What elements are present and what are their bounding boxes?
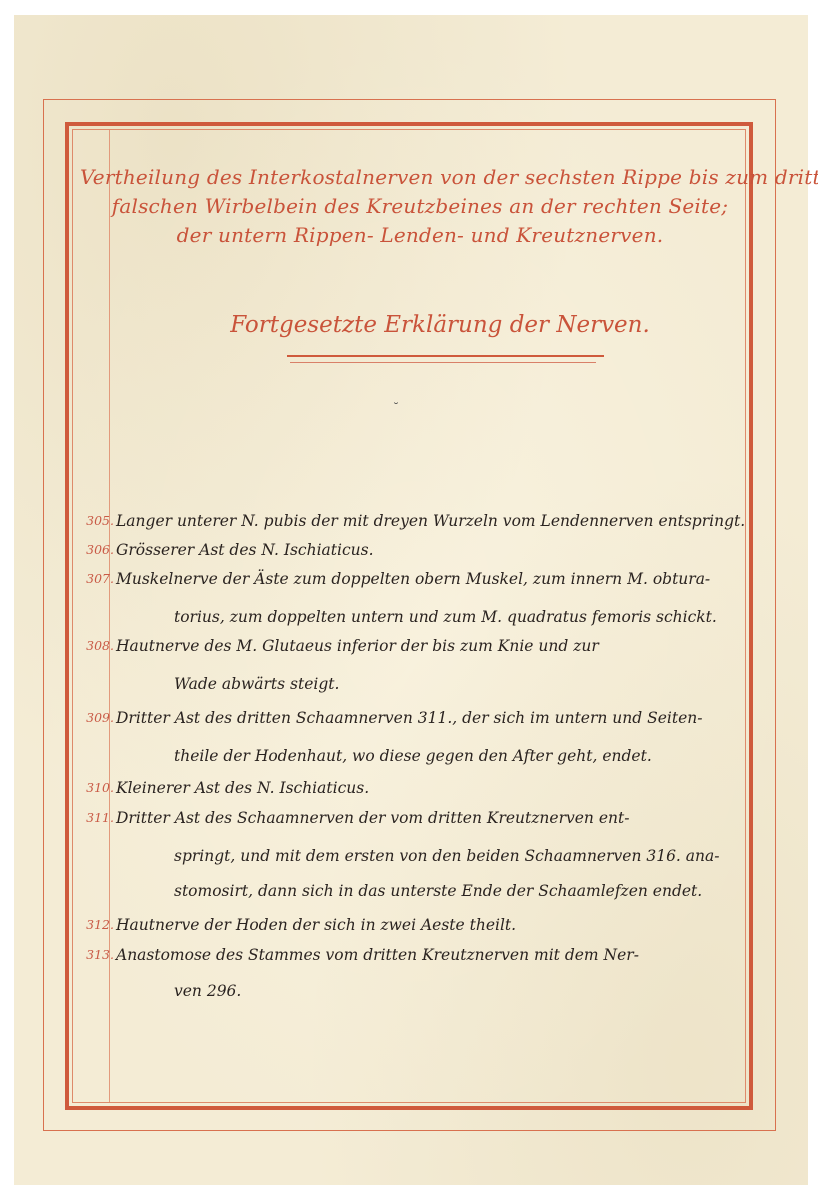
entry-text-continued: Wade abwärts steigt. [174, 672, 339, 696]
entry-text: Hautnerve der Hoden der sich in zwei Aes… [116, 913, 516, 937]
entry-text: Dritter Ast des Schaamnerven der vom dri… [116, 806, 629, 830]
list-item: 311.Dritter Ast des Schaamnerven der vom… [78, 806, 758, 913]
entry-text: Langer unterer N. pubis der mit dreyen W… [116, 509, 745, 533]
list-item: 305.Langer unterer N. pubis der mit drey… [78, 509, 758, 538]
section-heading: Fortgesetzte Erklärung der Nerven. [230, 312, 650, 338]
ornament-mark: ˘ [393, 401, 399, 415]
list-item: 306.Grösserer Ast des N. Ischiaticus. [78, 538, 758, 567]
list-item: 309.Dritter Ast des dritten Schaamnerven… [78, 706, 758, 776]
entry-text-continued: ven 296. [174, 979, 241, 1003]
entry-text-continued: stomosirt, dann sich in das unterste End… [174, 879, 702, 903]
entry-text: Hautnerve des M. Glutaeus inferior der b… [116, 634, 599, 658]
entry-text-continued: torius, zum doppelten untern und zum M. … [174, 605, 717, 629]
entry-number: 306. [78, 538, 114, 562]
entry-number: 310. [78, 776, 114, 800]
page-title: Vertheilung des Interkostalnerven von de… [80, 163, 760, 250]
entry-text: Grösserer Ast des N. Ischiaticus. [116, 538, 374, 562]
list-item: 310.Kleinerer Ast des N. Ischiaticus. [78, 776, 758, 806]
entry-number: 305. [78, 509, 114, 533]
entry-text-continued: springt, und mit dem ersten von den beid… [174, 844, 720, 868]
entry-number: 309. [78, 706, 114, 730]
entry-text: Kleinerer Ast des N. Ischiaticus. [116, 776, 369, 800]
entry-number: 308. [78, 634, 114, 658]
heading-underline-thin [290, 362, 596, 363]
title-line-3: der untern Rippen- Lenden- und Kreutzner… [80, 221, 760, 250]
entry-text: Anastomose des Stammes vom dritten Kreut… [116, 943, 639, 967]
title-line-1: Vertheilung des Interkostalnerven von de… [80, 163, 760, 192]
entry-number: 312. [78, 913, 114, 937]
list-item: 312.Hautnerve der Hoden der sich in zwei… [78, 913, 758, 943]
entry-number: 307. [78, 567, 114, 591]
heading-underline [287, 355, 604, 357]
list-item: 308.Hautnerve des M. Glutaeus inferior d… [78, 634, 758, 706]
entry-list: 305.Langer unterer N. pubis der mit drey… [78, 509, 758, 1005]
list-item: 307.Muskelnerve der Äste zum doppelten o… [78, 567, 758, 634]
entry-text: Muskelnerve der Äste zum doppelten obern… [116, 567, 710, 591]
entry-number: 311. [78, 806, 114, 830]
entry-number: 313. [78, 943, 114, 967]
title-line-2: falschen Wirbelbein des Kreutzbeines an … [80, 192, 760, 221]
list-item: 313.Anastomose des Stammes vom dritten K… [78, 943, 758, 1005]
entry-text-continued: theile der Hodenhaut, wo diese gegen den… [174, 744, 652, 768]
entry-text: Dritter Ast des dritten Schaamnerven 311… [116, 706, 703, 730]
